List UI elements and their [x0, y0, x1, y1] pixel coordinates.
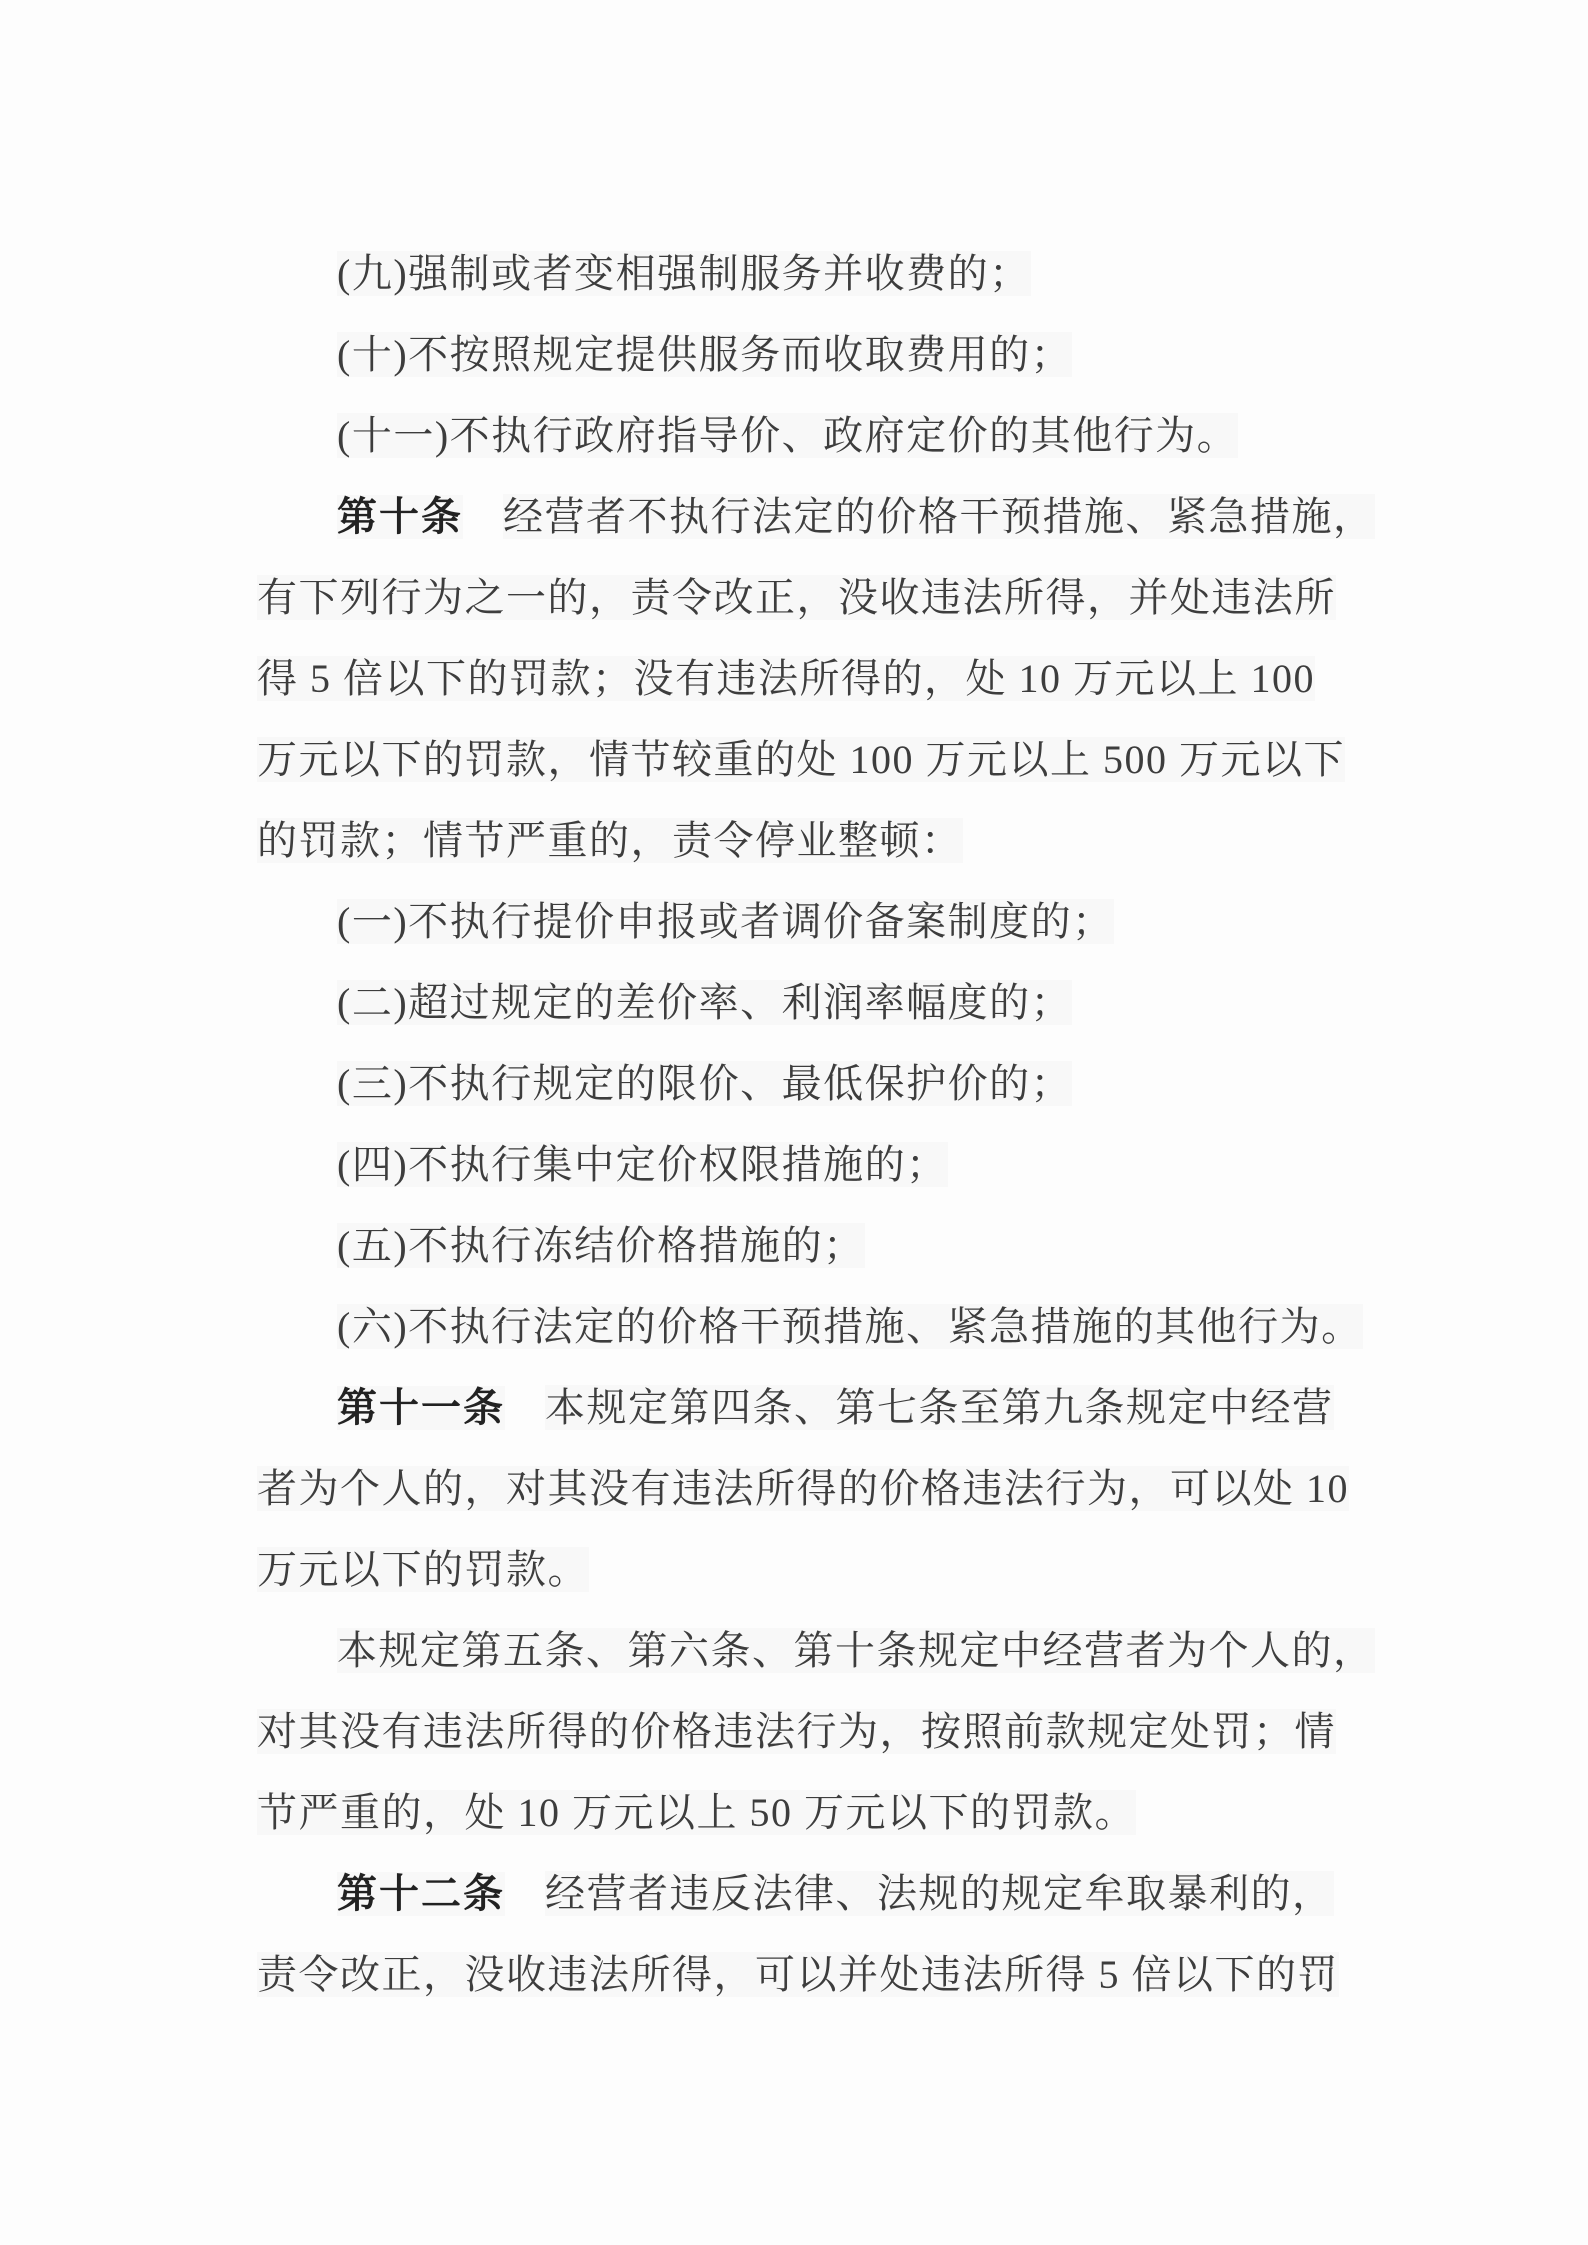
text-line: (九)强制或者变相强制服务并收费的； [257, 233, 1438, 314]
text-line: 第十一条本规定第四条、第七条至第九条规定中经营 [257, 1367, 1438, 1448]
text-line: 的罚款；情节严重的，责令停业整顿： [257, 800, 1438, 881]
line-text: 节严重的，处 10 万元以上 50 万元以下的罚款。 [257, 1790, 1136, 1835]
line-text: 得 5 倍以下的罚款；没有违法所得的，处 10 万元以上 100 [257, 656, 1315, 701]
text-line: 者为个人的，对其没有违法所得的价格违法行为，可以处 10 [257, 1448, 1438, 1529]
article-number: 第十二条 [337, 1872, 505, 1916]
line-text: 责令改正，没收违法所得，可以并处违法所得 5 倍以下的罚 [257, 1952, 1339, 1997]
text-line: (五)不执行冻结价格措施的； [257, 1205, 1438, 1286]
text-line: 有下列行为之一的，责令改正，没收违法所得，并处违法所 [257, 557, 1438, 638]
line-text: (三)不执行规定的限价、最低保护价的； [337, 1061, 1072, 1106]
line-text: 经营者违反法律、法规的规定牟取暴利的， [545, 1871, 1334, 1916]
text-line: 第十条经营者不执行法定的价格干预措施、紧急措施， [257, 476, 1438, 557]
text-line: 节严重的，处 10 万元以上 50 万元以下的罚款。 [257, 1772, 1438, 1853]
text-line: 万元以下的罚款，情节较重的处 100 万元以上 500 万元以下 [257, 719, 1438, 800]
line-text: (一)不执行提价申报或者调价备案制度的； [337, 899, 1114, 944]
line-text: 本规定第五条、第六条、第十条规定中经营者为个人的， [337, 1628, 1375, 1673]
line-text: (九)强制或者变相强制服务并收费的； [337, 251, 1031, 296]
text-line: (十)不按照规定提供服务而收取费用的； [257, 314, 1438, 395]
text-line: (六)不执行法定的价格干预措施、紧急措施的其他行为。 [257, 1286, 1438, 1367]
line-text: 经营者不执行法定的价格干预措施、紧急措施， [503, 494, 1375, 539]
line-text: (六)不执行法定的价格干预措施、紧急措施的其他行为。 [337, 1304, 1363, 1349]
text-line: 本规定第五条、第六条、第十条规定中经营者为个人的， [257, 1610, 1438, 1691]
text-line: (一)不执行提价申报或者调价备案制度的； [257, 881, 1438, 962]
text-line: 责令改正，没收违法所得，可以并处违法所得 5 倍以下的罚 [257, 1934, 1438, 2015]
line-text: (四)不执行集中定价权限措施的； [337, 1142, 948, 1187]
text-line: (十一)不执行政府指导价、政府定价的其他行为。 [257, 395, 1438, 476]
line-text: 万元以下的罚款，情节较重的处 100 万元以上 500 万元以下 [257, 737, 1345, 782]
line-text: (二)超过规定的差价率、利润率幅度的； [337, 980, 1072, 1025]
line-text: 万元以下的罚款。 [257, 1547, 589, 1592]
line-text: 本规定第四条、第七条至第九条规定中经营 [545, 1385, 1334, 1430]
text-line: (三)不执行规定的限价、最低保护价的； [257, 1043, 1438, 1124]
text-line: (四)不执行集中定价权限措施的； [257, 1124, 1438, 1205]
line-text: 对其没有违法所得的价格违法行为，按照前款规定处罚；情 [257, 1709, 1336, 1754]
text-line: 第十二条经营者违反法律、法规的规定牟取暴利的， [257, 1853, 1438, 1934]
article-number: 第十条 [337, 495, 463, 539]
line-text: 有下列行为之一的，责令改正，没收违法所得，并处违法所 [257, 575, 1336, 620]
line-text: (十)不按照规定提供服务而收取费用的； [337, 332, 1072, 377]
line-text: (十一)不执行政府指导价、政府定价的其他行为。 [337, 413, 1238, 458]
line-text: 者为个人的，对其没有违法所得的价格违法行为，可以处 10 [257, 1466, 1349, 1511]
document-page: (九)强制或者变相强制服务并收费的； (十)不按照规定提供服务而收取费用的； (… [0, 0, 1588, 2245]
line-text: 的罚款；情节严重的，责令停业整顿： [257, 818, 963, 863]
text-line: 万元以下的罚款。 [257, 1529, 1438, 1610]
line-text: (五)不执行冻结价格措施的； [337, 1223, 865, 1268]
article-number: 第十一条 [337, 1386, 505, 1430]
text-line: 得 5 倍以下的罚款；没有违法所得的，处 10 万元以上 100 [257, 638, 1438, 719]
text-line: 对其没有违法所得的价格违法行为，按照前款规定处罚；情 [257, 1691, 1438, 1772]
text-line: (二)超过规定的差价率、利润率幅度的； [257, 962, 1438, 1043]
